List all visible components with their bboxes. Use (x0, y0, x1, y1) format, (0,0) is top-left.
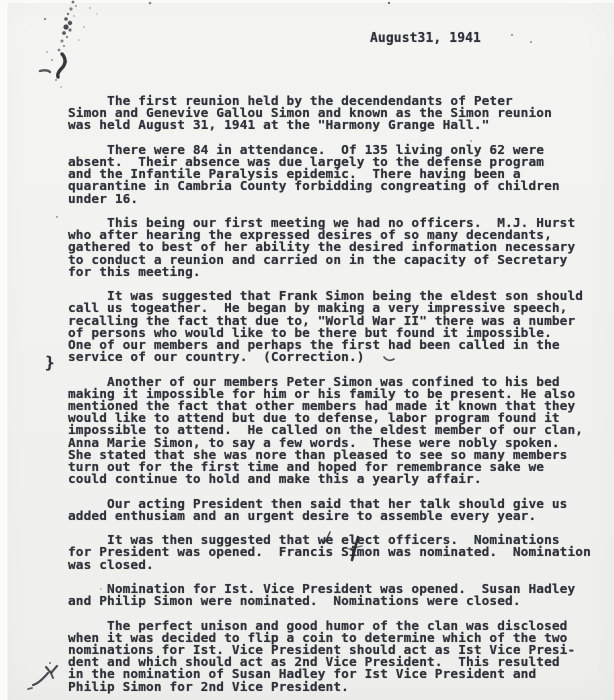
paragraph-4: It was suggested that Frank Simon being … (68, 291, 598, 364)
ink-speck (432, 238, 434, 240)
pen-squiggle-mark (24, 655, 68, 695)
paragraph-9: The perfect unison and good humor of the… (68, 621, 598, 694)
scanned-page: August31, 1941 The first reunion held by… (0, 0, 614, 700)
paragraph-8: Nomination for Ist. Vice President was o… (68, 584, 598, 608)
ink-speck (470, 140, 472, 142)
stray-brace-mark: } (45, 355, 56, 371)
paragraph-6: Our acting President then said that her … (68, 499, 598, 523)
paragraph-5: Another of our members Peter Simon was c… (68, 377, 598, 487)
paragraph-1: The first reunion held by the decendenda… (68, 96, 598, 133)
paragraph-2: There were 84 in attendance. Of 135 livi… (68, 145, 598, 206)
document-date: August31, 1941 (370, 32, 481, 46)
scan-edge-left (0, 0, 8, 700)
ink-speck (73, 162, 75, 164)
paragraph-7: It was then suggested that we elect offi… (68, 535, 598, 572)
ink-speck (56, 216, 58, 218)
ink-speck (511, 34, 513, 36)
paragraph-3: This being our first meeting we had no o… (68, 218, 598, 279)
scan-edge-top (0, 0, 614, 3)
ink-speck (100, 588, 102, 590)
document-body: The first reunion held by the decendenda… (68, 96, 598, 700)
ink-speck (388, 2, 390, 4)
ink-speck (530, 41, 532, 43)
